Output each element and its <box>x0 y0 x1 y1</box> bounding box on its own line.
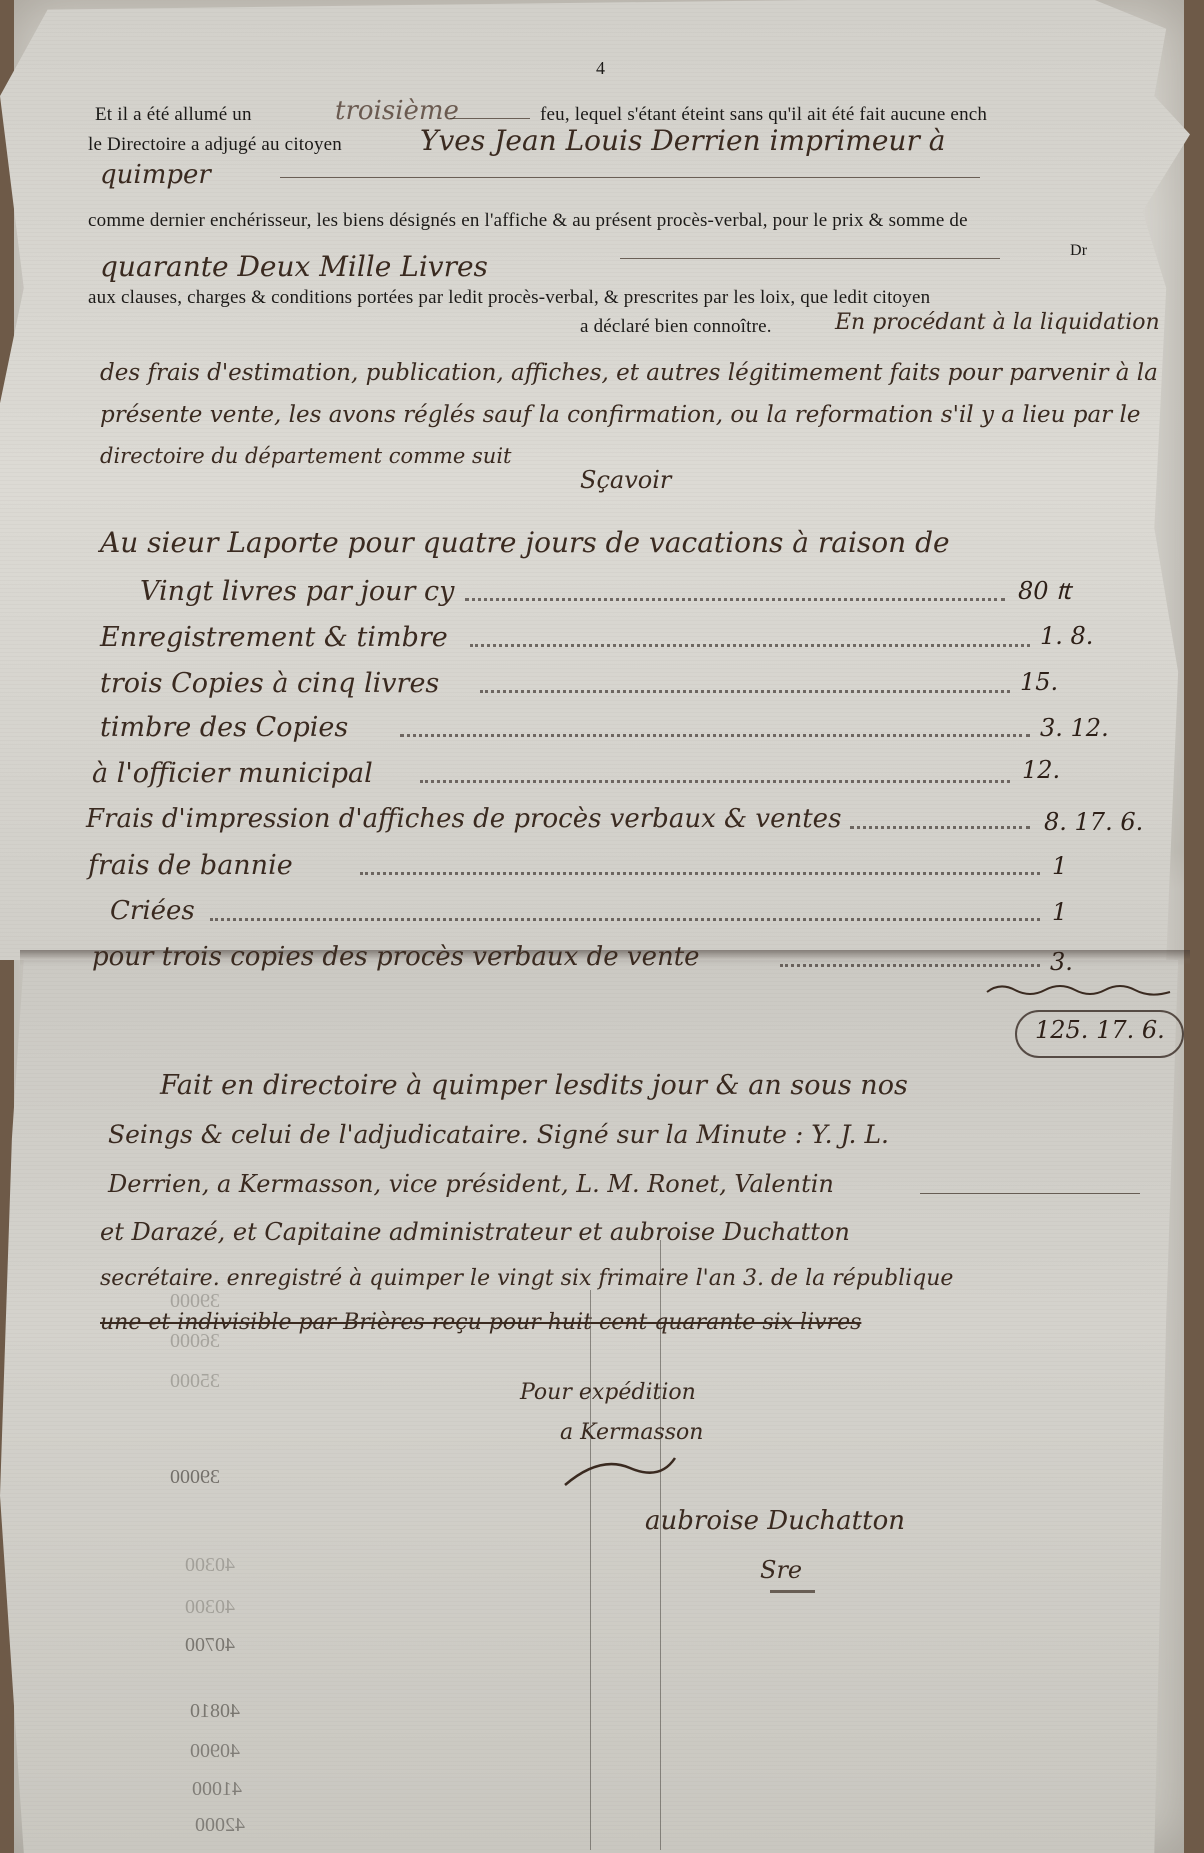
price-words-fill: quarante Deux Mille Livres <box>100 250 488 283</box>
leader-dots <box>210 916 1040 921</box>
expense-label: frais de bannie <box>88 850 293 881</box>
fill-rule <box>280 177 980 178</box>
page-number: 4 <box>596 58 605 79</box>
bleedthrough-number: 40300 <box>185 1554 235 1577</box>
printed-fragment: Dr <box>1070 242 1087 260</box>
expedition-note: Pour expédition <box>520 1380 696 1405</box>
expense-label: Vingt livres par jour cy <box>140 576 454 607</box>
bleedthrough-number: 42000 <box>195 1814 245 1837</box>
printed-line-3: comme dernier enchérisseur, les biens dé… <box>88 210 968 232</box>
signature-secretary: Sre <box>760 1556 802 1584</box>
expense-label: Criées <box>110 896 195 926</box>
closing-line: Derrien, a Kermasson, vice président, L.… <box>108 1170 834 1198</box>
total-underline-flourish <box>985 980 1185 1000</box>
printed-line-1-suffix: feu, lequel s'étant éteint sans qu'il ai… <box>540 104 987 126</box>
closing-line: Seings & celui de l'adjudicataire. Signé… <box>108 1120 889 1149</box>
expense-label: Enregistrement & timbre <box>100 622 448 653</box>
buyer-name-fill: Yves Jean Louis Derrien imprimeur à <box>420 124 945 157</box>
bleedthrough-number: 40810 <box>190 1700 240 1723</box>
expense-amount: 1 <box>1052 852 1067 880</box>
fill-rule <box>450 118 530 119</box>
printed-line-5: aux clauses, charges & conditions portée… <box>88 287 930 309</box>
expense-amount: 80 ₶ <box>1018 574 1071 607</box>
expense-label: à l'officier municipal <box>92 758 373 789</box>
liquidation-line-2: présente vente, les avons réglés sauf la… <box>100 402 1140 428</box>
expense-amount: 3. 12. <box>1040 714 1109 742</box>
expense-label: Au sieur Laporte pour quatre jours de va… <box>100 526 950 559</box>
expense-amount: 1. 8. <box>1040 622 1093 650</box>
leader-dots <box>360 870 1040 875</box>
bleedthrough-number: 39000 <box>170 1466 220 1489</box>
fill-rule <box>620 258 1000 259</box>
expense-amount: 1 <box>1052 898 1067 926</box>
leader-dots <box>465 596 1005 601</box>
expense-label: timbre des Copies <box>100 712 348 743</box>
bleedthrough-number: 40700 <box>185 1634 235 1657</box>
leader-dots <box>780 962 1040 967</box>
bleedthrough-number: 41000 <box>192 1778 242 1801</box>
expense-label: Frais d'impression d'affiches de procès … <box>86 804 841 834</box>
leader-dots <box>470 642 1030 647</box>
bleedthrough-number: 35000 <box>170 1370 220 1393</box>
fill-rule <box>920 1193 1140 1194</box>
closing-line: secrétaire. enregistré à quimper le ving… <box>100 1266 953 1291</box>
bleedthrough-number: 40300 <box>185 1596 235 1619</box>
expense-amount: 15. <box>1020 668 1058 696</box>
signature-duchatton: aubroise Duchatton <box>645 1506 905 1536</box>
expense-total: 125. 17. 6. <box>1035 1016 1165 1044</box>
scavoir-heading: Sçavoir <box>580 466 671 494</box>
printed-line-1: Et il a été allumé un <box>95 104 252 126</box>
bleedthrough-number: 39000 <box>170 1290 220 1313</box>
liquidation-line-3: directoire du département comme suit <box>100 444 511 468</box>
signature-flourish <box>560 1450 680 1490</box>
buyer-city-fill: quimper <box>100 160 211 190</box>
expense-amount: 3. <box>1050 948 1073 976</box>
liquidation-line-1: des frais d'estimation, publication, aff… <box>100 360 1158 386</box>
leader-dots <box>850 824 1030 829</box>
liquidation-line-0: En procédant à la liquidation <box>835 310 1160 335</box>
expense-amount: 8. 17. 6. <box>1044 808 1143 836</box>
expense-amount: 12. <box>1022 756 1060 784</box>
pencil-line <box>590 1290 591 1850</box>
closing-line: et Darazé, et Capitaine administrateur e… <box>100 1218 850 1246</box>
fire-count-fill: troisième <box>335 96 459 126</box>
bleedthrough-number: 36000 <box>170 1330 220 1353</box>
closing-line: Fait en directoire à quimper lesdits jou… <box>160 1070 908 1101</box>
printed-line-2: le Directoire a adjugé au citoyen <box>88 134 342 156</box>
bleedthrough-number: 40900 <box>190 1740 240 1763</box>
printed-line-6: a déclaré bien connoître. <box>580 316 772 338</box>
expense-label: pour trois copies des procès verbaux de … <box>92 942 700 972</box>
leader-dots <box>400 732 1030 737</box>
leader-dots <box>420 778 1010 783</box>
expense-label: trois Copies à cinq livres <box>100 668 439 699</box>
leader-dots <box>480 688 1010 693</box>
signature-kermasson: a Kermasson <box>560 1420 703 1445</box>
signature-underline <box>770 1590 815 1593</box>
